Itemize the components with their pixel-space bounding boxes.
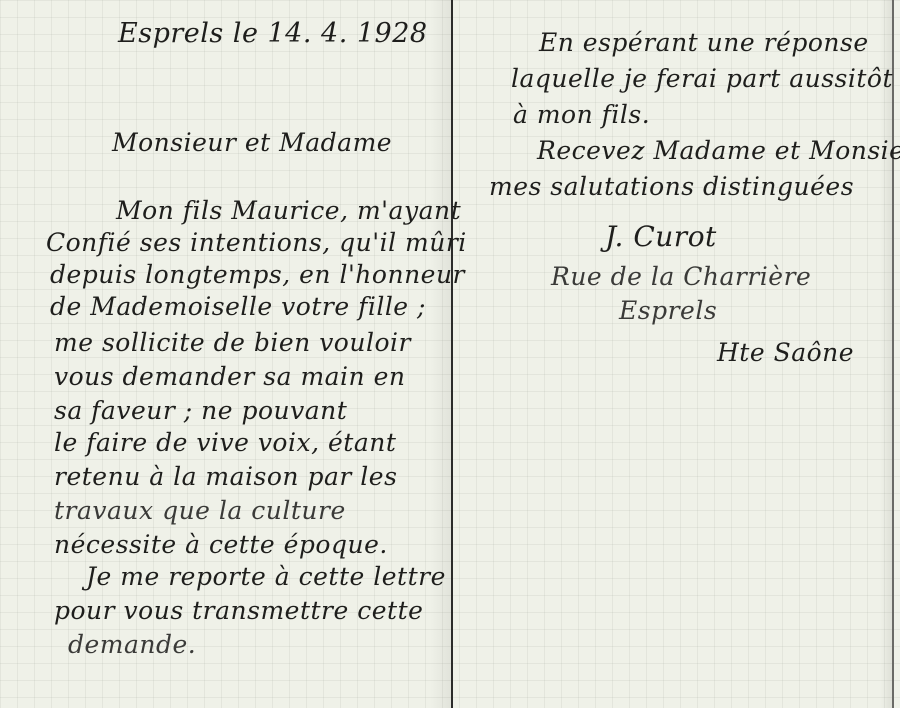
body-line: nécessite à cette époque. [54,530,388,559]
body-line: travaux que la culture [54,496,346,525]
closing-line: mes salutations distinguées [489,172,854,201]
address-line: Rue de la Charrière [551,262,811,291]
body-line: Je me reporte à cette lettre [86,562,446,591]
body-line: me sollicite de bien vouloir [54,328,411,357]
body-line: Mon fils Maurice, m'ayant [116,196,461,225]
body-line: sa faveur ; ne pouvant [54,396,347,425]
body-line: Confié ses intentions, qu'il mûri [46,228,467,257]
body-line: de Mademoiselle votre fille ; [50,292,426,321]
letter-sheet: Esprels le 14. 4. 1928 Monsieur et Madam… [0,0,900,708]
body-line: pour vous transmettre cette [54,596,423,625]
signature: J. Curot [605,220,717,253]
closing-line: à mon fils. [513,100,650,129]
address-line: Hte Saône [717,338,854,367]
closing-line: En espérant une réponse [539,28,869,57]
right-page: En espérant une réponse laquelle je fera… [455,0,895,708]
left-page: Esprels le 14. 4. 1928 Monsieur et Madam… [0,0,452,708]
place-date: Esprels le 14. 4. 1928 [118,18,428,49]
body-line: depuis longtemps, en l'honneur [50,260,465,289]
body-line: demande. [68,630,196,659]
address-line: Esprels [619,296,717,325]
closing-line: laquelle je ferai part aussitôt [511,64,893,93]
closing-line: Recevez Madame et Monsieur [537,136,900,165]
salutation: Monsieur et Madame [112,128,392,157]
body-line: retenu à la maison par les [54,462,397,491]
body-line: le faire de vive voix, étant [54,428,396,457]
body-line: vous demander sa main en [54,362,406,391]
